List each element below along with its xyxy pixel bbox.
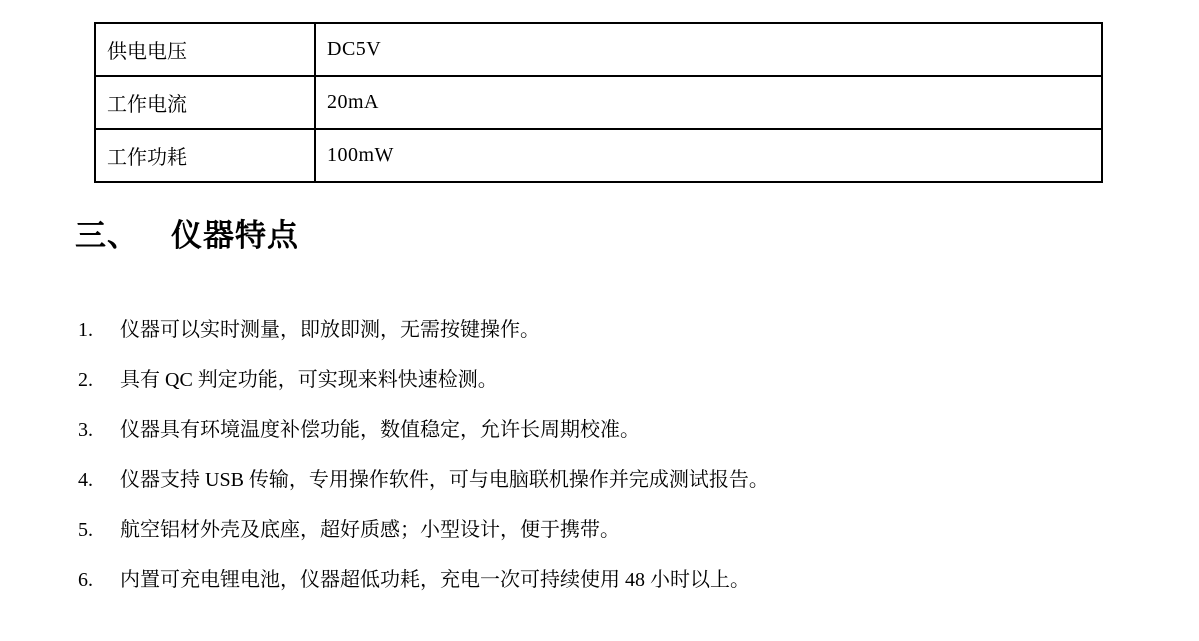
spec-value-current: 20mA xyxy=(315,76,1102,129)
list-item-text: 仪器支持 USB 传输，专用操作软件，可与电脑联机操作并完成测试报告。 xyxy=(120,469,769,491)
table-row: 工作功耗 100mW xyxy=(95,129,1102,182)
spec-label-power: 工作功耗 xyxy=(95,129,315,182)
list-item-number: 2. xyxy=(78,355,120,405)
list-item-number: 3. xyxy=(78,405,120,455)
table-row: 供电电压 DC5V xyxy=(95,23,1102,76)
list-item-number: 4. xyxy=(78,455,120,505)
spec-value-power: 100mW xyxy=(315,129,1102,182)
section-heading: 三、仪器特点 xyxy=(75,215,299,257)
features-list: 1.仪器可以实时测量，即放即测，无需按键操作。 2.具有 QC 判定功能，可实现… xyxy=(78,305,769,605)
list-item: 1.仪器可以实时测量，即放即测，无需按键操作。 xyxy=(78,305,769,355)
list-item-number: 5. xyxy=(78,505,120,555)
list-item: 3.仪器具有环境温度补偿功能，数值稳定，允许长周期校准。 xyxy=(78,405,769,455)
spec-table: 供电电压 DC5V 工作电流 20mA 工作功耗 100mW xyxy=(94,22,1103,183)
spec-label-current: 工作电流 xyxy=(95,76,315,129)
list-item-number: 6. xyxy=(78,555,120,605)
section-number: 三、 xyxy=(75,218,139,253)
spec-label-voltage: 供电电压 xyxy=(95,23,315,76)
list-item-text: 仪器可以实时测量，即放即测，无需按键操作。 xyxy=(120,319,540,341)
list-item: 4.仪器支持 USB 传输，专用操作软件，可与电脑联机操作并完成测试报告。 xyxy=(78,455,769,505)
list-item-text: 航空铝材外壳及底座，超好质感；小型设计，便于携带。 xyxy=(120,519,620,541)
section-title: 仪器特点 xyxy=(171,218,299,253)
spec-value-voltage: DC5V xyxy=(315,23,1102,76)
list-item-number: 1. xyxy=(78,305,120,355)
list-item-text: 仪器具有环境温度补偿功能，数值稳定，允许长周期校准。 xyxy=(120,419,640,441)
list-item: 6.内置可充电锂电池，仪器超低功耗，充电一次可持续使用 48 小时以上。 xyxy=(78,555,769,605)
list-item-text: 内置可充电锂电池，仪器超低功耗，充电一次可持续使用 48 小时以上。 xyxy=(120,569,750,591)
list-item: 2.具有 QC 判定功能，可实现来料快速检测。 xyxy=(78,355,769,405)
table-row: 工作电流 20mA xyxy=(95,76,1102,129)
list-item: 5.航空铝材外壳及底座，超好质感；小型设计，便于携带。 xyxy=(78,505,769,555)
list-item-text: 具有 QC 判定功能，可实现来料快速检测。 xyxy=(120,369,498,391)
